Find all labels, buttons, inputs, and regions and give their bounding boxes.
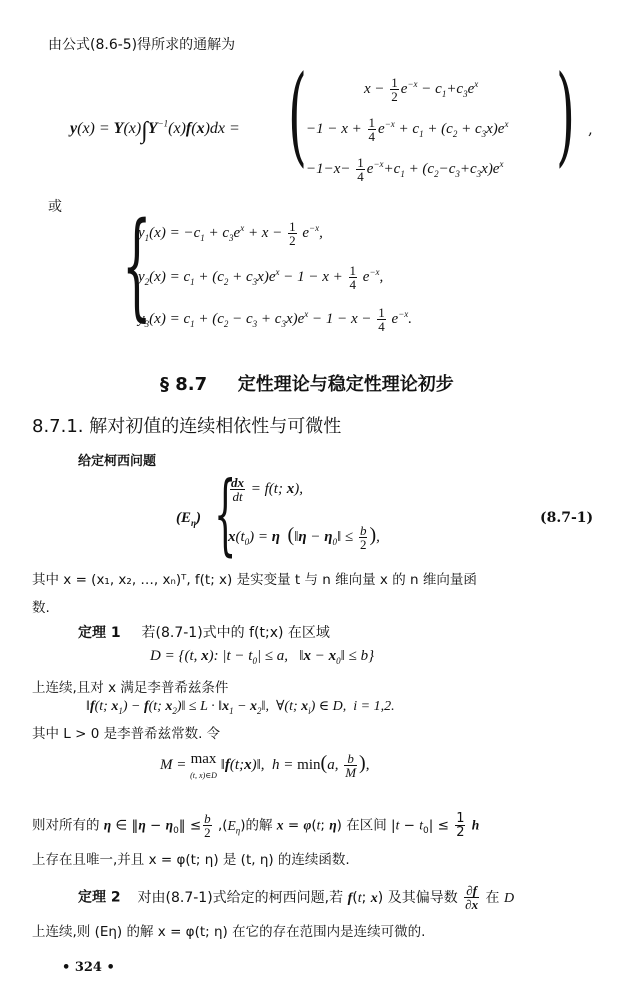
- or-label: 或: [48, 196, 62, 216]
- section-heading: § 8.7 定性理论与稳定性理论初步: [160, 370, 454, 396]
- intro-text: 由公式(8.6-5)得所求的通解为: [48, 37, 235, 53]
- left-paren: (: [288, 62, 307, 170]
- theorem-1-text: 若(8.7-1)式中的 f(t;x) 在区域: [142, 625, 330, 641]
- theorem-2-label: 定理 2: [78, 890, 121, 906]
- section-number: § 8.7: [160, 374, 207, 395]
- general-solution-lhs: y(x) = Y(x)∫Y−1(x)f(x)dx =: [70, 118, 240, 145]
- where-line-2: 数.: [32, 596, 50, 616]
- theorem-1-continuity: 上连续,且对 x 满足李普希兹条件: [32, 676, 228, 696]
- where-line-1: 其中 x = (x₁, x₂, …, xₙ)ᵀ, f(t; x) 是实变量 t …: [32, 568, 477, 588]
- M-definition: M = max(t, x)∈D ‖f(t;x)‖, h = min(a, bM)…: [160, 752, 369, 782]
- theorem-1-label: 定理 1: [78, 625, 121, 641]
- subsection-title: 8.7.1. 解对初值的连续相依性与可微性: [32, 412, 341, 438]
- cauchy-eq2: x(t0) = η (‖η − η0‖ ≤ b2),: [228, 524, 380, 551]
- theorem-1-intro: 定理 1 若(8.7-1)式中的 f(t;x) 在区域: [78, 622, 330, 642]
- lipschitz-constant-line: 其中 L > 0 是李普希兹常数. 令: [32, 722, 220, 742]
- section-title: 定性理论与稳定性理论初步: [238, 374, 454, 395]
- cauchy-eq1: dxdt = f(t; x),: [228, 476, 303, 503]
- cauchy-intro: 给定柯西问题: [78, 450, 156, 469]
- theorem-1-conclusion-1: 则对所有的 η ∈ ‖η − η0‖ ≤b2 ,(Eη)的解 x = φ(t; …: [32, 812, 479, 839]
- equation-y1: y1(x) = −c1 + c3ex + x − 12 e−x,: [138, 220, 323, 247]
- cauchy-label: (Eη): [176, 510, 201, 528]
- equation-y3: y3(x) = c1 + (c2 − c3 + c3x)ex − 1 − x −…: [138, 306, 412, 333]
- vector-row-1: x − 12e−x − c1+c3ex: [364, 76, 478, 103]
- intro-line: 由公式(8.6-5)得所求的通解为: [48, 34, 235, 54]
- vector-row-3: −1−x− 14e−x+c1 + (c2−c3+c3x)ex: [306, 156, 503, 183]
- page-number: • 324 •: [62, 960, 115, 975]
- theorem-2-line-1: 定理 2 对由(8.7-1)式给定的柯西问题,若 f(t; x) 及其偏导数 ∂…: [78, 884, 514, 911]
- theorem-1-conclusion-2: 上存在且唯一,并且 x = φ(t; η) 是 (t, η) 的连续函数.: [32, 848, 350, 868]
- comma: ,: [588, 120, 593, 138]
- right-paren: ): [556, 62, 575, 170]
- lipschitz-condition: ‖f(t; x1) − f(t; x2)‖ ≤ L · ‖x1 − x2‖, ∀…: [86, 698, 395, 716]
- vector-row-2: −1 − x + 14e−x + c1 + (c2 + c3x)ex: [306, 116, 508, 143]
- theorem-1-domain: D = {(t, x): |t − t0| ≤ a, ‖x − x0‖ ≤ b}: [150, 648, 374, 666]
- theorem-2-line-2: 上连续,则 (Eη) 的解 x = φ(t; η) 在它的存在范围内是连续可微的…: [32, 920, 425, 940]
- equation-y2: y2(x) = c1 + (c2 + c3x)ex − 1 − x + 14 e…: [138, 264, 383, 291]
- equation-number: (8.7-1): [540, 510, 593, 526]
